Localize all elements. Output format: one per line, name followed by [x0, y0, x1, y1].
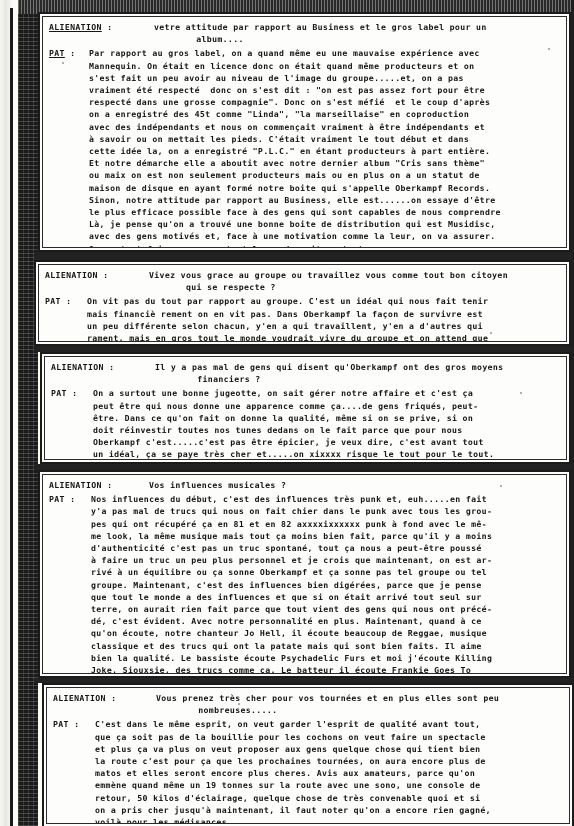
interviewee-label: PAT :: [49, 47, 89, 248]
answer-text: Par rapport au gros label, on a quand mê…: [89, 47, 560, 248]
question-text: Vos influences musicales ?: [149, 479, 560, 491]
text-line: doit réinvestir toutes nos tunes dedans …: [93, 424, 560, 436]
dark-margin-strip: [18, 0, 38, 826]
text-line: peut être qui nous donne une apparence c…: [93, 400, 560, 412]
text-line: et plus ça va plus on veut proposer aux …: [95, 743, 563, 755]
text-line: C'est dans le même esprit, on veut garde…: [95, 718, 563, 730]
interviewer-label: ALIENATION :: [45, 269, 149, 293]
text-line: être. Dans ce qu'on fait on donne la qua…: [93, 412, 560, 424]
text-line: rament, mais en gros tout le monde voudr…: [87, 332, 560, 342]
text-line: on a pris cher jusqu'à maintenant, il fa…: [95, 804, 563, 816]
text-line: vraiment été respecté donc on s'est dit …: [89, 84, 560, 96]
text-line: me look, la même musique mais tout ça mo…: [91, 530, 560, 542]
interviewee-label: PAT :: [53, 718, 95, 824]
text-line: qui se respecte ?: [149, 281, 560, 293]
question-row: ALIENATION : Vos influences musicales ?: [49, 479, 560, 491]
text-line: respecté dans une grosse compagnie". Don…: [89, 96, 560, 108]
interviewer-label: ALIENATION :: [49, 479, 149, 491]
text-line: Là, je pense qu'on a trouvé une bonne bo…: [89, 218, 560, 230]
scan-speck: [238, 703, 240, 705]
text-line: que tout le monde a des influences et qu…: [91, 591, 560, 603]
text-line: matos et elles seront encore plus cheres…: [95, 767, 563, 779]
text-line: on a enregistré des 45t comme "Linda", "…: [89, 108, 560, 120]
section-frame: ALIENATION : Vos influences musicales ?P…: [42, 474, 567, 674]
answer-row: PAT : Nos influences du début, c'est des…: [49, 493, 560, 674]
question-text: Vivez vous grace au groupe ou travaillez…: [149, 269, 560, 293]
section-divider: [34, 252, 572, 260]
question-text: Vous prenez très cher pour vos tournées …: [156, 692, 563, 716]
text-line: Oberkampf c'est.....c'est pas être épici…: [93, 436, 560, 448]
speaker-separator: :: [98, 270, 114, 280]
speaker-name: ALIENATION: [51, 362, 104, 372]
question-row: ALIENATION : Il y a pas mal de gens qui …: [51, 361, 560, 385]
text-line: Mannequin. On était en licence donc on é…: [89, 60, 560, 72]
text-line: un peu différente selon chacun, y'en a q…: [87, 320, 560, 332]
interviewer-label: ALIENATION :: [49, 21, 154, 45]
interviewer-label: ALIENATION :: [51, 361, 155, 385]
speaker-separator: :: [102, 480, 118, 490]
speaker-separator: :: [102, 22, 118, 32]
answer-text: On a surtout une bonne jugeotte, on sait…: [93, 387, 560, 460]
text-line: vetre attitude par rapport au Business e…: [154, 21, 560, 33]
interview-section-business: ALIENATION : vetre attitude par rapport …: [38, 12, 571, 252]
text-line: Sinon, notre attitude par rapport au Bus…: [89, 194, 560, 206]
scan-speck: [520, 392, 522, 394]
speaker-separator: :: [69, 719, 85, 729]
interview-section-finances: ALIENATION : Il y a pas mal de gens qui …: [40, 352, 571, 464]
text-line: que ça soit pas de la bouillie pour les …: [95, 731, 563, 743]
interviewer-label: ALIENATION :: [53, 692, 156, 716]
section-frame: ALIENATION : Vivez vous grace au groupe …: [38, 264, 567, 342]
text-line: terre, on aurait rien fait parce que tou…: [91, 603, 560, 615]
text-line: un idéal, ça se paye très cher et.....on…: [93, 448, 560, 460]
text-line: qu'on écoute, notre chanteur Jo Hell, il…: [91, 627, 560, 639]
text-line: pes qui ont récupéré ça en 81 et en 82 a…: [91, 518, 560, 530]
text-line: la route c'est pour ça que les prochaine…: [95, 755, 563, 767]
speaker-name: PAT: [53, 719, 69, 729]
speaker-separator: :: [61, 296, 77, 306]
text-line: On a surtout une bonne jugeotte, on sait…: [93, 387, 560, 399]
scan-speck: [500, 485, 502, 487]
text-line: financiers ?: [155, 373, 560, 385]
text-line: emmène quand même un 19 tonnes sur la ro…: [95, 779, 563, 791]
text-line: ou maix on est non seulement producteurs…: [89, 169, 560, 181]
speaker-separator: :: [104, 362, 120, 372]
speaker-name: PAT: [51, 388, 67, 398]
speaker-separator: :: [67, 388, 83, 398]
text-line: maison de disque en ayant formé notre bo…: [89, 182, 560, 194]
speaker-separator: :: [106, 693, 122, 703]
interview-section-influences: ALIENATION : Vos influences musicales ?P…: [38, 470, 571, 678]
text-line: Joke, Siouxsie, des trucs comme ça. Le b…: [91, 664, 560, 674]
question-row: ALIENATION : vetre attitude par rapport …: [49, 21, 560, 45]
text-line: le plus efficace possible face à des gen…: [89, 206, 560, 218]
text-line: retour, 50 kilos d'éclairage, quelque ch…: [95, 792, 563, 804]
section-frame: ALIENATION : Vous prenez très cher pour …: [46, 687, 570, 824]
text-line: mais financiè rement on en vit pas. Dans…: [87, 308, 560, 320]
speaker-name: ALIENATION: [49, 480, 102, 490]
text-line: s'est fait un peu avoir au niveau de l'i…: [89, 72, 560, 84]
section-frame: ALIENATION : vetre attitude par rapport …: [42, 16, 567, 248]
text-line: Vos influences musicales ?: [149, 479, 560, 491]
speaker-name: PAT: [49, 48, 65, 58]
interviewee-label: PAT :: [51, 387, 93, 460]
text-line: avec des gens motivés et, face à une mot…: [89, 230, 560, 242]
answer-row: PAT : Par rapport au gros label, on a qu…: [49, 47, 560, 248]
text-line: Et notre démarche elle a aboutit avec no…: [89, 157, 560, 169]
text-line: cette idée la, on a enregistré "P.L.C." …: [89, 145, 560, 157]
text-line: Il y a pas mal de gens qui disent qu'Obe…: [155, 361, 560, 373]
text-line: avec des indépendants et nous on commenç…: [89, 121, 560, 133]
text-line: bien la qualité. Le bassiste écoute Psyc…: [91, 652, 560, 664]
text-line: Vivez vous grace au groupe ou travaillez…: [149, 269, 560, 281]
speaker-separator: :: [65, 494, 81, 504]
speaker-name: ALIENATION: [53, 693, 106, 703]
text-line: Vous prenez très cher pour vos tournées …: [156, 692, 563, 704]
scan-speck: [548, 48, 550, 50]
section-frame: ALIENATION : Il y a pas mal de gens qui …: [44, 356, 567, 460]
answer-text: On vit pas du tout par rapport au groupe…: [87, 295, 560, 342]
text-line: voilà pour les médisances.: [95, 816, 563, 824]
text-line: classique et des trucs qui ont la patate…: [91, 640, 560, 652]
answer-row: PAT : On a surtout une bonne jugeotte, o…: [51, 387, 560, 460]
text-line: à savoir ou on mettait les pieds. C'étai…: [89, 133, 560, 145]
scan-speck: [490, 332, 492, 334]
scan-speck: [62, 62, 64, 64]
text-line: On va tout faire pour que tout le monde …: [89, 243, 560, 248]
speaker-name: PAT: [49, 494, 65, 504]
answer-row: PAT : On vit pas du tout par rapport au …: [45, 295, 560, 342]
question-text: Il y a pas mal de gens qui disent qu'Obe…: [155, 361, 560, 385]
answer-text: C'est dans le même esprit, on veut garde…: [95, 718, 563, 824]
question-row: ALIENATION : Vivez vous grace au groupe …: [45, 269, 560, 293]
margin-rule: [10, 8, 13, 826]
text-line: On vit pas du tout par rapport au groupe…: [87, 295, 560, 307]
text-line: album....: [154, 33, 560, 45]
interview-section-tours: ALIENATION : Vous prenez très cher pour …: [42, 683, 574, 826]
speaker-separator: :: [65, 48, 81, 58]
interviewee-label: PAT :: [49, 493, 91, 674]
text-line: groupe. Maintenant, c'est des influences…: [91, 579, 560, 591]
text-line: rivé à un équilibre ou ça sonne Oberkamp…: [91, 566, 560, 578]
text-line: d'authenticité c'est pas un truc spontan…: [91, 542, 560, 554]
text-line: nombreuses.....: [156, 704, 563, 716]
text-line: Nos influences du début, c'est des influ…: [91, 493, 560, 505]
text-line: y'a pas mal de trucs qui nous on fait ch…: [91, 505, 560, 517]
speaker-name: ALIENATION: [45, 270, 98, 280]
question-text: vetre attitude par rapport au Business e…: [154, 21, 560, 45]
answer-row: PAT : C'est dans le même esprit, on veut…: [53, 718, 563, 824]
text-line: Par rapport au gros label, on a quand mê…: [89, 47, 560, 59]
answer-text: Nos influences du début, c'est des influ…: [91, 493, 560, 674]
speaker-name: PAT: [45, 296, 61, 306]
text-line: dé, c'est évident. Avec notre personnali…: [91, 615, 560, 627]
interviewee-label: PAT :: [45, 295, 87, 342]
question-row: ALIENATION : Vous prenez très cher pour …: [53, 692, 563, 716]
speaker-name: ALIENATION: [49, 22, 102, 32]
text-line: à faire un truc un peu plus personnel et…: [91, 554, 560, 566]
